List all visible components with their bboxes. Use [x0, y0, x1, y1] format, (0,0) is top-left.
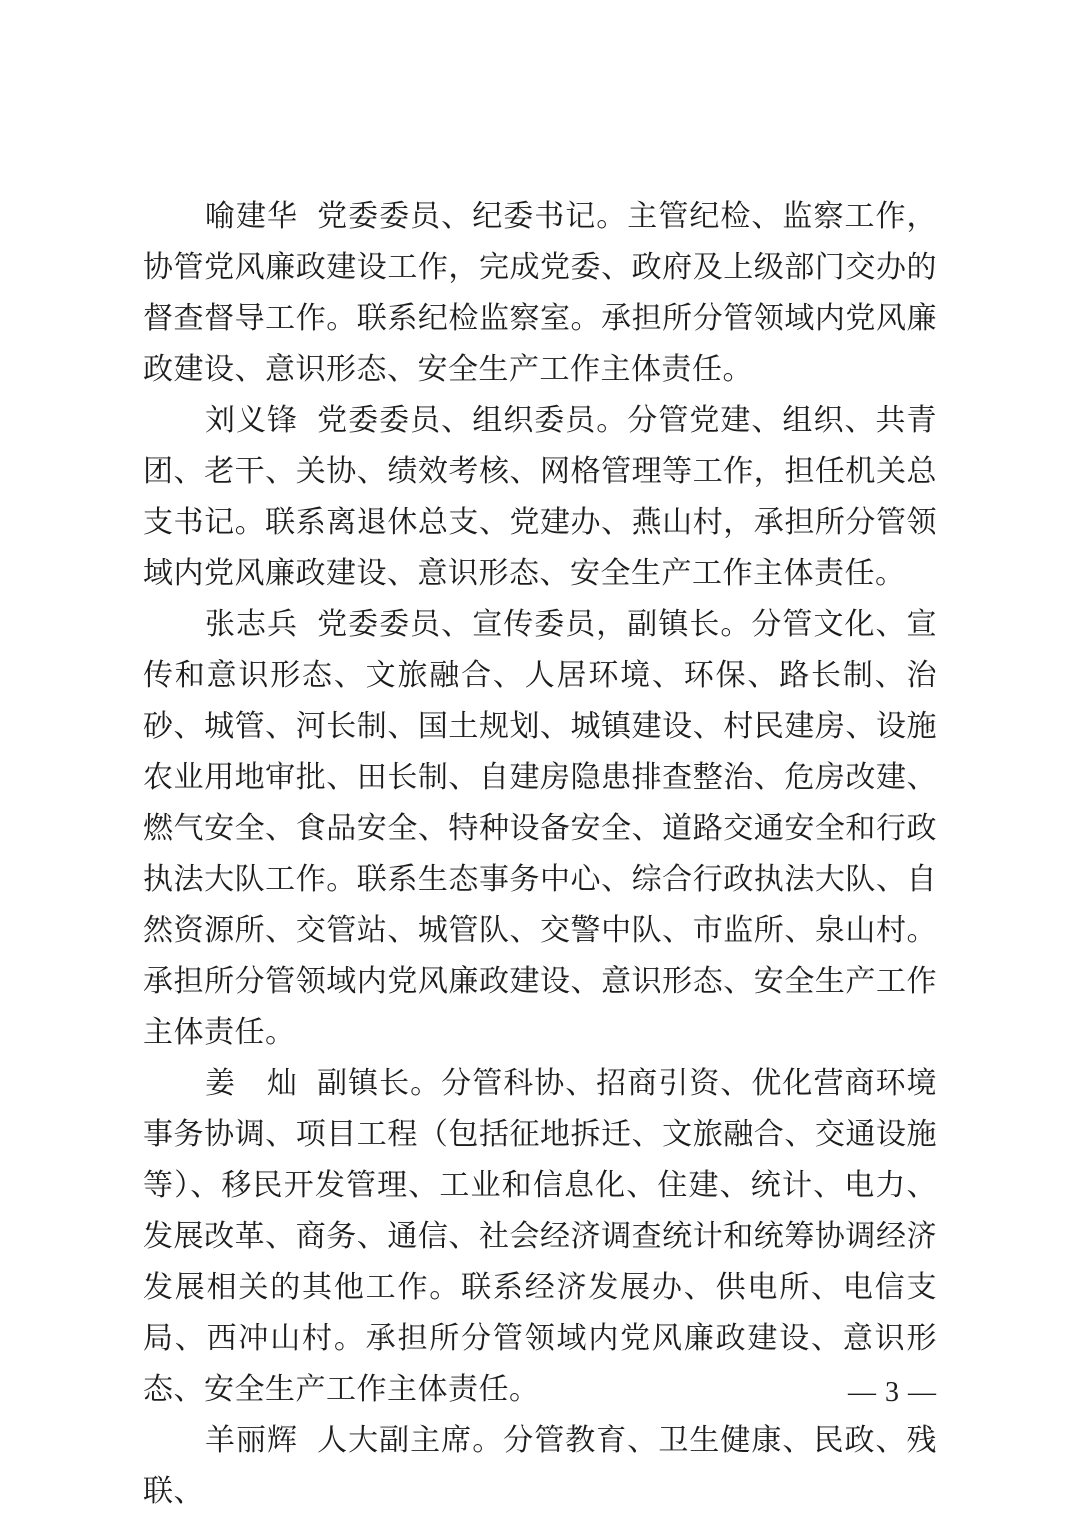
person-name: 姜 灿: [205, 1067, 298, 1100]
paragraph-jiang-can: 姜 灿副镇长。分管科协、招商引资、优化营商环境事务协调、项目工程（包括征地拆迁、…: [143, 1058, 937, 1415]
paragraph-liu-yifeng: 刘义锋党委委员、组织委员。分管党建、组织、共青团、老干、关协、绩效考核、网格管理…: [143, 395, 937, 599]
paragraph-yu-jianhua: 喻建华党委委员、纪委书记。主管纪检、监察工作，协管党风廉政建设工作，完成党委、政…: [143, 191, 937, 395]
paragraph-zhang-zhibing: 张志兵党委委员、宣传委员，副镇长。分管文化、宣传和意识形态、文旅融合、人居环境、…: [143, 599, 937, 1058]
paragraph-yang-lihui: 羊丽辉人大副主席。分管教育、卫生健康、民政、残联、: [143, 1415, 937, 1517]
document-page: 喻建华党委委员、纪委书记。主管纪检、监察工作，协管党风廉政建设工作，完成党委、政…: [0, 0, 1074, 1520]
person-name: 刘义锋: [205, 404, 298, 437]
person-duties: 副镇长。分管科协、招商引资、优化营商环境事务协调、项目工程（包括征地拆迁、文旅融…: [143, 1067, 937, 1406]
person-duties: 党委委员、宣传委员，副镇长。分管文化、宣传和意识形态、文旅融合、人居环境、环保、…: [143, 608, 937, 1049]
person-name: 羊丽辉: [205, 1424, 298, 1457]
body-text: 喻建华党委委员、纪委书记。主管纪检、监察工作，协管党风廉政建设工作，完成党委、政…: [143, 191, 937, 1517]
page-number-footer: — 3 —: [143, 1376, 937, 1410]
person-name: 张志兵: [205, 608, 298, 641]
person-name: 喻建华: [205, 200, 298, 233]
